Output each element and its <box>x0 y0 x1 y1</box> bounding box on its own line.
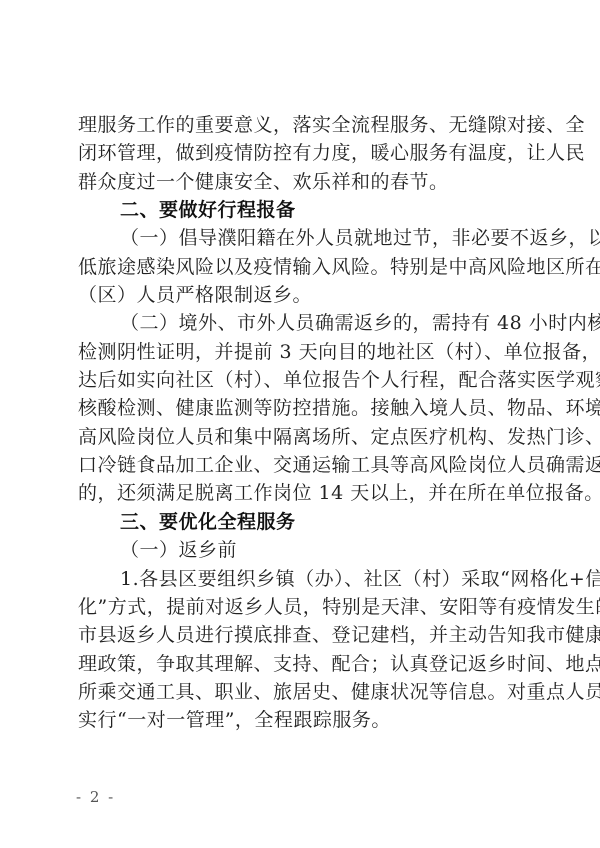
paragraph-line: 市县返乡人员进行摸底排查、登记建档，并主动告知我市健康管 <box>78 621 522 649</box>
paragraph-line: 口冷链食品加工企业、交通运输工具等高风险岗位人员确需返乡 <box>78 451 522 479</box>
subsection-heading: （一）返乡前 <box>78 536 522 564</box>
paragraph-line: 1.各县区要组织乡镇（办）、社区（村）采取“网格化+信息 <box>78 565 522 593</box>
paragraph-line: （区）人员严格限制返乡。 <box>78 281 522 309</box>
paragraph-line: 实行“一对一管理”，全程跟踪服务。 <box>78 706 522 734</box>
paragraph-line: 的，还须满足脱离工作岗位 14 天以上，并在所在单位报备。 <box>78 479 522 507</box>
document-body: 理服务工作的重要意义，落实全流程服务、无缝隙对接、全 闭环管理，做到疫情防控有力… <box>78 111 522 735</box>
paragraph-line: 群众度过一个健康安全、欢乐祥和的春节。 <box>78 168 522 196</box>
paragraph-line: （一）倡导濮阳籍在外人员就地过节，非必要不返乡，以降 <box>78 224 522 252</box>
section-heading: 三、要优化全程服务 <box>78 508 522 536</box>
paragraph-line: 闭环管理，做到疫情防控有力度，暖心服务有温度，让人民 <box>78 139 522 167</box>
page-number: - 2 - <box>76 788 115 806</box>
section-heading: 二、要做好行程报备 <box>78 196 522 224</box>
paragraph-line: 理服务工作的重要意义，落实全流程服务、无缝隙对接、全 <box>78 111 522 139</box>
paragraph-line: 达后如实向社区（村）、单位报告个人行程，配合落实医学观察、 <box>78 366 522 394</box>
paragraph-line: 检测阴性证明，并提前 3 天向目的地社区（村）、单位报备，抵 <box>78 338 522 366</box>
paragraph-line: 低旅途感染风险以及疫情输入风险。特别是中高风险地区所在县 <box>78 253 522 281</box>
paragraph-line: 所乘交通工具、职业、旅居史、健康状况等信息。对重点人员要 <box>78 678 522 706</box>
paragraph-line: 核酸检测、健康监测等防控措施。接触入境人员、物品、环境的 <box>78 394 522 422</box>
paragraph-line: 化”方式，提前对返乡人员，特别是天津、安阳等有疫情发生的 <box>78 593 522 621</box>
document-page: 理服务工作的重要意义，落实全流程服务、无缝隙对接、全 闭环管理，做到疫情防控有力… <box>0 0 600 848</box>
paragraph-line: 高风险岗位人员和集中隔离场所、定点医疗机构、发热门诊、进 <box>78 423 522 451</box>
paragraph-line: 理政策，争取其理解、支持、配合；认真登记返乡时间、地点、 <box>78 650 522 678</box>
paragraph-line: （二）境外、市外人员确需返乡的，需持有 48 小时内核酸 <box>78 309 522 337</box>
